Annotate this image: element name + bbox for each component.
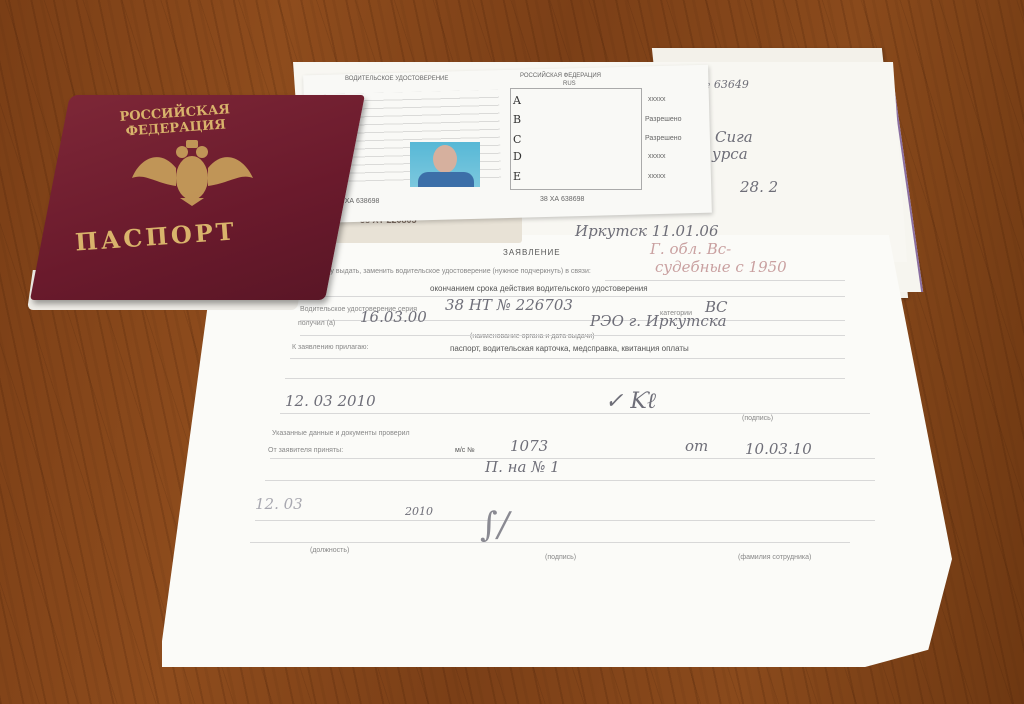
issued-label: получил (а) — [298, 320, 335, 327]
category-status-b: Разрешено — [645, 116, 682, 123]
rule — [280, 413, 870, 414]
license-serial-right: 38 ХА 638698 — [540, 196, 584, 203]
attached-value: паспорт, водительская карточка, медсправ… — [450, 344, 689, 353]
rule — [270, 458, 875, 459]
med-label: м/с № — [455, 447, 475, 454]
category-status-a: xxxxx — [648, 96, 666, 103]
rule — [285, 378, 845, 379]
form-heading: ЗАЯВЛЕНИЕ — [503, 248, 561, 257]
category-letter-c: C — [513, 133, 521, 146]
handwriting-6: судебные с 1950 — [655, 258, 787, 276]
verified-text: Указанные данные и документы проверил — [272, 430, 410, 437]
issued-date: 16.03.00 — [360, 308, 427, 326]
date-1: 12. 03 2010 — [285, 392, 376, 410]
category-status-e: xxxxx — [648, 173, 666, 180]
license-photo-face — [433, 145, 457, 173]
handwriting-4: Иркутск 11.01.06 — [575, 222, 719, 240]
attached-label: К заявлению прилагаю: — [292, 344, 368, 351]
surname-hint: (фамилия сотрудника) — [738, 554, 811, 561]
rule — [265, 480, 875, 481]
license-header-right: РОССИЙСКАЯ ФЕДЕРАЦИЯ — [520, 73, 601, 79]
license-header-left: ВОДИТЕЛЬСКОЕ УДОСТОВЕРЕНИЕ — [345, 76, 448, 82]
rule — [290, 358, 845, 359]
reason-text: окончанием срока действия водительского … — [430, 284, 648, 293]
handwriting-2: урса — [712, 145, 748, 163]
date-2-year: 2010 — [405, 505, 433, 518]
med-date: 10.03.10 — [745, 440, 812, 458]
rule — [300, 335, 845, 336]
signature-hint-2: (подпись) — [545, 554, 576, 561]
date-2: 12. 03 — [255, 495, 303, 513]
category-table — [510, 88, 642, 190]
category-status-d: xxxxx — [648, 153, 666, 160]
accepted-label: От заявителя приняты: — [268, 447, 343, 454]
double-headed-eagle-icon — [130, 138, 255, 208]
license-photo-shirt — [418, 172, 474, 187]
category-status-c: Разрешено — [645, 135, 682, 142]
rule — [250, 542, 850, 543]
handwriting-1: Сига — [715, 128, 753, 146]
officer-signature: ∫∕ — [480, 505, 509, 545]
category-letter-e: E — [513, 170, 521, 183]
handwriting-5: Г. обл. Вс- — [650, 240, 731, 258]
position-hint: (должность) — [310, 547, 349, 554]
signature-hint: (подпись) — [742, 415, 773, 422]
category-letter-d: D — [513, 150, 522, 163]
rule — [255, 520, 875, 521]
applicant-signature: ✓ Ƙℓ — [605, 388, 656, 414]
med-from: от — [685, 437, 708, 455]
extra-line: П. на № 1 — [485, 458, 560, 476]
rule — [605, 280, 845, 281]
license-header-code: RUS — [563, 81, 576, 87]
request-text: Прошу выдать, заменить водительское удос… — [312, 268, 591, 275]
issued-by: РЭО г. Иркутска — [590, 312, 727, 330]
med-number: 1073 — [510, 437, 548, 455]
category-letter-a: A — [513, 94, 521, 107]
handwriting-3: 28. 2 — [740, 178, 778, 196]
license-series-value: 38 НТ № 226703 — [445, 296, 573, 314]
category-letter-b: B — [513, 113, 521, 126]
